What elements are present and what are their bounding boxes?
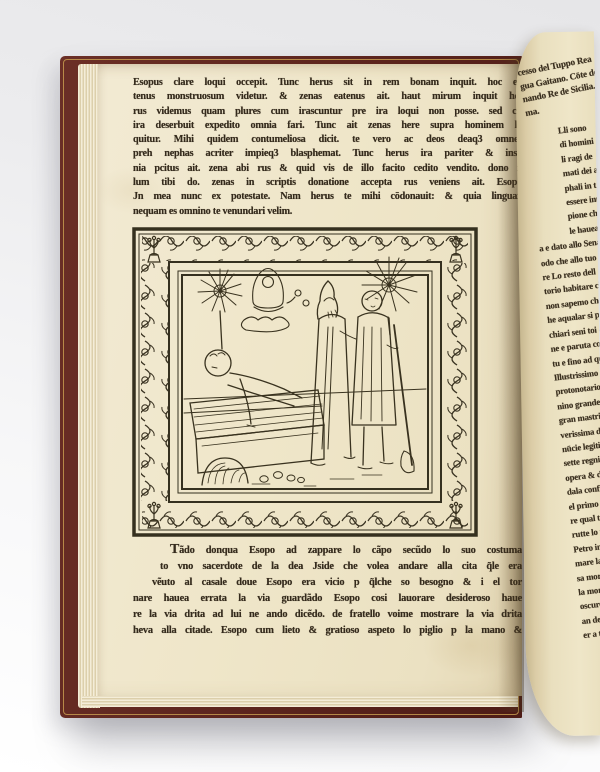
right-page-header: cesso del Tuppo Reagua Gaitano. Cōte de … [516,31,600,120]
hooded-priest-icon [311,281,356,465]
text-line: nare hauea errata la via guardãdo Esopo … [133,591,522,607]
text-line: preh nephas acriter impieq3 blasphemat. … [133,147,522,161]
right-page: cesso del Tuppo Reagua Gaitano. Cōte de … [515,31,600,736]
text-line: to vno sacerdote de la dea Jside che vol… [133,559,522,575]
tree-left-icon [198,269,242,349]
stones-icon [260,472,305,483]
text-line: ira deserbuit expedito omnia fari. Tunc … [133,119,522,133]
text-line: lum tibi do. zenas in scriptis donatione… [133,176,522,190]
right-page-text: cesso del Tuppo Reagua Gaitano. Cōte de … [518,40,600,643]
goddess-isis-icon [241,269,309,332]
latin-paragraph: Esopus clare loqui occepit. Tunc herus s… [133,76,522,219]
text-line: heva alla citade. Esopo cum lieto & grat… [133,623,522,639]
text-line: rus videmus quam plures cum irascuntur p… [133,105,522,119]
text-line: tenus monstruosum videtur. & zenas eaten… [133,90,522,104]
spade-man-icon [352,291,414,473]
page-edge-stack-bottom [82,696,518,707]
straw-bed-icon [190,390,324,473]
text-line: quitur. Mihi quidem contumeliosa dicit. … [133,133,522,147]
text-line: Tãdo donqua Esopo ad zappare lo cãpo sec… [133,542,522,559]
text-line: Esopus clare loqui occepit. Tunc herus s… [133,76,522,90]
photo-background: Esopus clare loqui occepit. Tunc herus s… [0,0,600,772]
text-line: Jn mea nunc ex potestate. Nam herus te m… [133,190,522,204]
woodcut-scene [184,257,426,486]
page-edge-stack-left [78,64,100,708]
text-line: vẽuto al casale doue Esopo era vicio p q… [133,575,522,591]
floral-border-band [141,236,469,528]
text-line: nequam es omnino te venundari velim. [133,205,522,219]
text-line: nia pcitus ait. zena abi rus & quid vis … [133,162,522,176]
right-page-body: Lli sonodi hominili ragi demati dei apha… [525,100,600,642]
woodcut-illustration [132,227,478,537]
italian-paragraph: Tãdo donqua Esopo ad zappare lo cãpo sec… [133,542,522,640]
woodcut-border-frame [134,229,476,535]
text-line: re la via drita ad lui ne ando dicẽdo. d… [133,607,522,623]
